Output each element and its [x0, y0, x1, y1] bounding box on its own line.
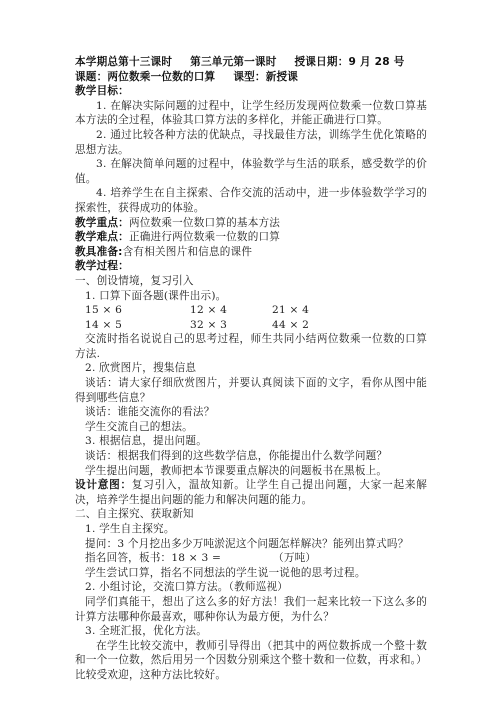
section1-step2: 2. 欣赏图片，搜集信息: [75, 361, 427, 376]
goals-heading: 教学目标：: [75, 84, 427, 99]
section1-step1: 1. 口算下面各题(课件出示)。: [75, 289, 427, 304]
section2-attempt: 学生尝试口算，指名不同想法的学生说一说他的思考过程。: [75, 566, 427, 581]
section2-praise: 同学们真能干，想出了这么多的好方法！我们一起来比较一下这么多的计算方法哪种你最喜…: [75, 595, 427, 624]
header-line: 本学期总第十三课时第三单元第一课时授课日期：9 月 28 号: [75, 55, 427, 70]
section1-talk2: 谈话：谁能交流你的看法？: [75, 405, 427, 420]
materials: 教具准备:含有相关图片和信息的课件: [75, 245, 427, 260]
unit-text: 第三单元第一课时: [190, 56, 276, 68]
section1-talk3: 谈话：根据我们得到的这些数学信息，你能提出什么数学问题？: [75, 449, 427, 464]
math-row-2: 14 × 532 × 344 × 2: [75, 318, 427, 333]
type-label: 课型：: [233, 71, 265, 83]
section1-talk1: 谈话：请大家仔细欣赏图片，并要认真阅读下面的文字，看你从图中能得到哪些信息？: [75, 376, 427, 405]
section2-step2: 2. 小组讨论，交流口算方法。（教师巡视）: [75, 580, 427, 595]
math-row-1: 15 × 612 × 421 × 4: [75, 303, 427, 318]
section1-student2: 学生提出问题，教师把本节课要重点解决的问题板书在黑板上。: [75, 464, 427, 479]
topic-value: 两位数乘一位数的口算: [107, 71, 215, 83]
lesson-plan-document: 本学期总第十三课时第三单元第一课时授课日期：9 月 28 号 课题：两位数乘一位…: [75, 55, 427, 683]
section2-conclusion: 在学生比较交流中，教师引导得出（把其中的两位数拆成一个整十数和一个一位数，然后用…: [75, 639, 427, 683]
section1-summary: 交流时指名说说自己的思考过程，师生共同小结两位数乘一位数的口算方法.: [75, 332, 427, 361]
section1-student1: 学生交流自己的想法。: [75, 420, 427, 435]
section2-title: 二、自主探究、获取新知: [75, 507, 427, 522]
type-value: 新授课: [266, 71, 298, 83]
section2-step1: 1. 学生自主探究。: [75, 522, 427, 537]
key-point: 教学重点：两位数乘一位数口算的基本方法: [75, 216, 427, 231]
section2-question: 提问：3 个月挖出多少万吨淤泥这个问题怎样解决？能列出算式吗？: [75, 537, 427, 552]
design-intent: 设计意图：复习引入，温故知新。让学生自己提出问题，大家一起来解决，培养学生提出问…: [75, 478, 427, 507]
section2-step3: 3. 全班汇报，优化方法。: [75, 624, 427, 639]
section2-answer: 指名回答，板书：18 × 3 =（万吨）: [75, 551, 427, 566]
date-text: 授课日期：9 月 28 号: [295, 56, 405, 68]
goal-item-2: 2. 通过比较各种方法的优缺点，寻找最佳方法，训练学生优化策略的思想方法。: [75, 128, 427, 157]
period-text: 本学期总第十三课时: [75, 56, 172, 68]
topic-label: 课题：: [75, 71, 107, 83]
topic-line: 课题：两位数乘一位数的口算课型：新授课: [75, 70, 427, 85]
process-heading: 教学过程：: [75, 259, 427, 274]
goal-item-1: 1. 在解决实际问题的过程中，让学生经历发现两位数乘一位数口算基本方法的全过程，…: [75, 99, 427, 128]
difficulty: 教学难点：正确进行两位数乘一位数的口算: [75, 230, 427, 245]
goal-item-3: 3. 在解决简单问题的过程中，体验数学与生活的联系，感受数学的价值。: [75, 157, 427, 186]
section1-step3: 3. 根据信息，提出问题。: [75, 434, 427, 449]
goal-item-4: 4. 培养学生在自主探索、合作交流的活动中，进一步体验数学学习的探索性，获得成功…: [75, 186, 427, 215]
section1-title: 一、创设情境，复习引入: [75, 274, 427, 289]
